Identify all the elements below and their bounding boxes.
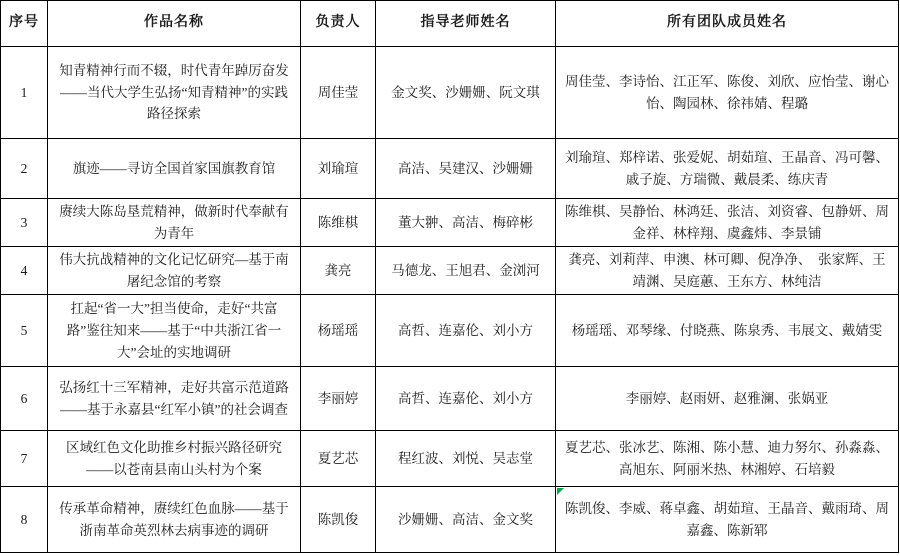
cell-members: 刘瑜瑄、郑梓诺、张爱妮、胡茹瑄、王晶音、冯可馨、戚子旋、方瑞微、戴晨柔、练庆青: [556, 139, 899, 199]
table-row: 1 知青精神行而不辍，时代青年踔厉奋发——当代大学生弘扬“知青精神”的实践路径探…: [1, 47, 899, 139]
cell-members: 陈维棋、吴静怡、林鸿廷、张洁、刘资睿、包静妍、周金祥、林梓翔、虞鑫炜、李景铺: [556, 199, 899, 247]
cell-leader: 刘瑜瑄: [301, 139, 376, 199]
cell-members: 杨瑶瑶、邓琴缘、付晓燕、陈泉秀、韦展文、戴婧雯: [556, 295, 899, 367]
header-no: 序号: [1, 1, 48, 47]
cell-advisors: 金文奖、沙姗姗、阮文琪: [376, 47, 556, 139]
team-roster-sheet: 序号 作品名称 负责人 指导老师姓名 所有团队成员姓名 1 知青精神行而不辍，时…: [0, 0, 898, 553]
cell-title: 扛起“省一大”担当使命，走好“共富路”鉴往知来——基于“中共浙江省一大”会址的实…: [48, 295, 301, 367]
cell-advisors: 高哲、连嘉伦、刘小方: [376, 367, 556, 431]
header-advisors: 指导老师姓名: [376, 1, 556, 47]
table-row: 7 区域红色文化助推乡村振兴路径研究——以苍南县南山头村为个案 夏艺芯 程红波、…: [1, 431, 899, 487]
cell-members: 李丽婷、赵雨妍、赵雅澜、张娲亚: [556, 367, 899, 431]
cell-advisors: 高哲、连嘉伦、刘小方: [376, 295, 556, 367]
cell-members: 周佳莹、李诗怡、江正军、陈俊、刘欣、应怡莹、谢心怡、陶园林、徐祎婧、程璐: [556, 47, 899, 139]
cell-no: 2: [1, 139, 48, 199]
cell-advisors: 高洁、吴建汉、沙姗姗: [376, 139, 556, 199]
cell-members: 夏艺芯、张冰艺、陈湘、陈小慧、迪力努尔、孙淼淼、高旭东、阿丽米热、林湘婷、石培毅: [556, 431, 899, 487]
cell-title: 旗迹——寻访全国首家国旗教育馆: [48, 139, 301, 199]
header-members: 所有团队成员姓名: [556, 1, 899, 47]
cell-members-text: 陈凯俊、李威、蒋卓鑫、胡茹瑄、王晶音、戴雨琦、周嘉鑫、陈新郓: [565, 501, 889, 538]
cell-leader: 夏艺芯: [301, 431, 376, 487]
cell-no: 7: [1, 431, 48, 487]
header-title: 作品名称: [48, 1, 301, 47]
cell-no: 6: [1, 367, 48, 431]
cell-no: 1: [1, 47, 48, 139]
cell-leader: 龚亮: [301, 247, 376, 295]
table-row: 6 弘扬红十三军精神，走好共富示范道路——基于永嘉县“红军小镇”的社会调查 李丽…: [1, 367, 899, 431]
cell-advisors: 程红波、刘悦、吴志堂: [376, 431, 556, 487]
cell-leader: 陈凯俊: [301, 487, 376, 553]
cell-no: 5: [1, 295, 48, 367]
cell-title: 伟大抗战精神的文化记忆研究—基于南屠纪念馆的考察: [48, 247, 301, 295]
table-row: 5 扛起“省一大”担当使命，走好“共富路”鉴往知来——基于“中共浙江省一大”会址…: [1, 295, 899, 367]
cell-no: 8: [1, 487, 48, 553]
table-row: 8 传承革命精神，赓续红色血脉——基于浙南革命英烈林去病事迹的调研 陈凯俊 沙姗…: [1, 487, 899, 553]
cell-advisors: 沙姗姗、高洁、金文奖: [376, 487, 556, 553]
cell-leader: 陈维棋: [301, 199, 376, 247]
team-roster-table: 序号 作品名称 负责人 指导老师姓名 所有团队成员姓名 1 知青精神行而不辍，时…: [0, 0, 899, 553]
cell-members: 陈凯俊、李威、蒋卓鑫、胡茹瑄、王晶音、戴雨琦、周嘉鑫、陈新郓: [556, 487, 899, 553]
table-row: 2 旗迹——寻访全国首家国旗教育馆 刘瑜瑄 高洁、吴建汉、沙姗姗 刘瑜瑄、郑梓诺…: [1, 139, 899, 199]
cell-error-marker-icon: [557, 488, 564, 495]
cell-no: 4: [1, 247, 48, 295]
header-leader: 负责人: [301, 1, 376, 47]
cell-leader: 李丽婷: [301, 367, 376, 431]
cell-title: 知青精神行而不辍，时代青年踔厉奋发——当代大学生弘扬“知青精神”的实践路径探索: [48, 47, 301, 139]
cell-title: 弘扬红十三军精神，走好共富示范道路——基于永嘉县“红军小镇”的社会调查: [48, 367, 301, 431]
cell-leader: 杨瑶瑶: [301, 295, 376, 367]
cell-no: 3: [1, 199, 48, 247]
table-row: 3 赓续大陈岛垦荒精神，做新时代奉献有为青年 陈维棋 董大翀、高洁、梅碎彬 陈维…: [1, 199, 899, 247]
header-row: 序号 作品名称 负责人 指导老师姓名 所有团队成员姓名: [1, 1, 899, 47]
cell-leader: 周佳莹: [301, 47, 376, 139]
cell-title: 赓续大陈岛垦荒精神，做新时代奉献有为青年: [48, 199, 301, 247]
table-row: 4 伟大抗战精神的文化记忆研究—基于南屠纪念馆的考察 龚亮 马德龙、王旭君、金浏…: [1, 247, 899, 295]
cell-members: 龚亮、刘莉萍、申澳、林可卿、倪净净、 张家辉、王靖渊、吴庭蕙、王东方、林纯洁: [556, 247, 899, 295]
cell-title: 区域红色文化助推乡村振兴路径研究——以苍南县南山头村为个案: [48, 431, 301, 487]
cell-title: 传承革命精神，赓续红色血脉——基于浙南革命英烈林去病事迹的调研: [48, 487, 301, 553]
cell-advisors: 董大翀、高洁、梅碎彬: [376, 199, 556, 247]
cell-advisors: 马德龙、王旭君、金浏河: [376, 247, 556, 295]
